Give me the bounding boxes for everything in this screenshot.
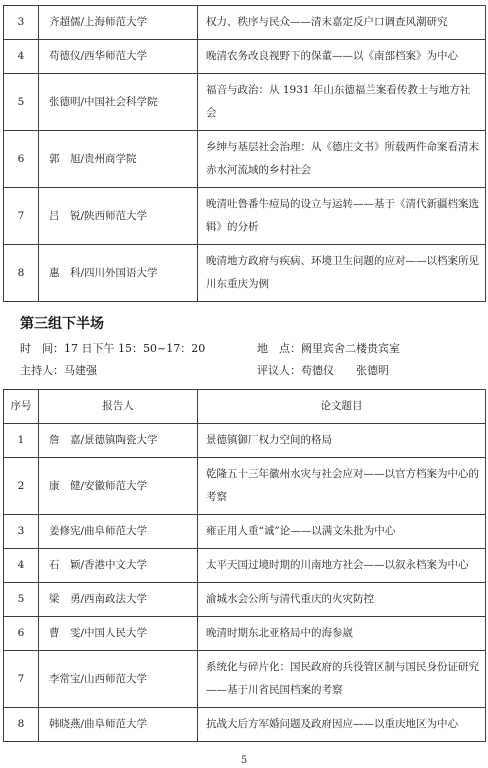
paper-title-cell: 抗战大后方军婚问题及政府因应——以重庆地区为中心 [198,708,486,742]
session-reviewers: 评议人：苟德仪 张德明 [257,360,488,382]
row-number: 6 [4,131,39,188]
paper-title-cell: 乾隆五十三年徽州水灾与社会应对——以官方档案为中心的考察 [198,458,486,515]
paper-title-cell: 景德镇御厂权力空间的格局 [198,424,486,458]
header-speaker: 报告人 [39,390,198,424]
session-place: 地 点：阙里宾舍二楼贵宾室 [257,338,488,360]
row-number: 1 [4,424,39,458]
speaker-cell: 詹 嘉/景德镇陶瓷大学 [39,424,198,458]
row-number: 3 [4,6,39,40]
place-label: 地 点： [257,342,301,355]
speaker-cell: 梁 勇/西南政法大学 [39,583,198,617]
table-row: 5 梁 勇/西南政法大学 渝城水会公所与清代重庆的火灾防控 [4,583,486,617]
speaker-cell: 曹 雯/中国人民大学 [39,617,198,651]
row-number: 8 [4,708,39,742]
speaker-cell: 韩晓燕/曲阜师范大学 [39,708,198,742]
speaker-cell: 苟德仪/西华师范大学 [39,40,198,74]
speaker-cell: 石 颖/香港中文大学 [39,549,198,583]
header-number: 序号 [4,390,39,424]
paper-title-cell: 晚清时期东北亚格局中的海参崴 [198,617,486,651]
host-reviewer-row: 主持人：马建强 评议人：苟德仪 张德明 [20,360,488,382]
table-row: 1 詹 嘉/景德镇陶瓷大学 景德镇御厂权力空间的格局 [4,424,486,458]
row-number: 4 [4,40,39,74]
table-row: 5 张德明/中国社会科学院 福音与政治：从 1931 年山东德福兰案看传教士与地… [4,74,486,131]
section-heading: 第三组下半场 [20,313,488,333]
session-time: 时 间：17 日下午 15：50~17：20 [20,338,257,360]
host-label: 主持人： [20,364,64,377]
row-number: 7 [4,651,39,708]
speaker-cell: 姜修宪/曲阜师范大学 [39,515,198,549]
session-table-second-half: 序号 报告人 论文题目 1 詹 嘉/景德镇陶瓷大学 景德镇御厂权力空间的格局 2… [3,389,486,742]
table-row: 4 苟德仪/西华师范大学 晚清农务改良视野下的保董——以《南部档案》为中心 [4,40,486,74]
table-row: 8 韩晓燕/曲阜师范大学 抗战大后方军婚问题及政府因应——以重庆地区为中心 [4,708,486,742]
table-row: 8 惠 科/四川外国语大学 晚清地方政府与疾病、环境卫生问题的应对——以档案所见… [4,245,486,302]
table-row: 7 吕 锐/陕西师范大学 晚清吐鲁番牛痘局的设立与运转——基于《清代新疆档案选辑… [4,188,486,245]
paper-title-cell: 乡绅与基层社会治理：从《德庄文书》所载两件命案看清末赤水河流域的乡村社会 [198,131,486,188]
paper-title-cell: 福音与政治：从 1931 年山东德福兰案看传教士与地方社会 [198,74,486,131]
paper-title-cell: 太平天国过境时期的川南地方社会——以叙永档案为中心 [198,549,486,583]
row-number: 5 [4,74,39,131]
row-number: 2 [4,458,39,515]
speaker-cell: 郭 旭/贵州商学院 [39,131,198,188]
row-number: 6 [4,617,39,651]
table-row: 3 姜修宪/曲阜师范大学 雍正用人重“诚”论——以满文朱批为中心 [4,515,486,549]
row-number: 5 [4,583,39,617]
table-row: 7 李常宝/山西师范大学 系统化与碎片化：国民政府的兵役管区制与国民身份证研究—… [4,651,486,708]
host-value: 马建强 [64,364,97,377]
table-row: 3 齐超儒/上海师范大学 权力、秩序与民众——清末嘉定反户口调查风潮研究 [4,6,486,40]
paper-title-cell: 雍正用人重“诚”论——以满文朱批为中心 [198,515,486,549]
speaker-cell: 吕 锐/陕西师范大学 [39,188,198,245]
row-number: 7 [4,188,39,245]
speaker-cell: 齐超儒/上海师范大学 [39,6,198,40]
session-host: 主持人：马建强 [20,360,257,382]
paper-title-cell: 权力、秩序与民众——清末嘉定反户口调查风潮研究 [198,6,486,40]
table-row: 2 康 健/安徽师范大学 乾隆五十三年徽州水灾与社会应对——以官方档案为中心的考… [4,458,486,515]
time-place-row: 时 间：17 日下午 15：50~17：20 地 点：阙里宾舍二楼贵宾室 [20,338,488,360]
table-row: 4 石 颖/香港中文大学 太平天国过境时期的川南地方社会——以叙永档案为中心 [4,549,486,583]
session-table-first-half: 3 齐超儒/上海师范大学 权力、秩序与民众——清末嘉定反户口调查风潮研究 4 苟… [3,5,486,302]
row-number: 3 [4,515,39,549]
speaker-cell: 康 健/安徽师范大学 [39,458,198,515]
reviewer-value: 苟德仪 张德明 [301,364,389,377]
document-page: 3 齐超儒/上海师范大学 权力、秩序与民众——清末嘉定反户口调查风潮研究 4 苟… [0,5,488,768]
speaker-cell: 李常宝/山西师范大学 [39,651,198,708]
paper-title-cell: 系统化与碎片化：国民政府的兵役管区制与国民身份证研究——基于川省民国档案的考察 [198,651,486,708]
place-value: 阙里宾舍二楼贵宾室 [301,342,400,355]
row-number: 4 [4,549,39,583]
time-label: 时 间： [20,342,64,355]
header-title: 论文题目 [198,390,486,424]
time-value: 17 日下午 15：50~17：20 [64,342,205,355]
page-number: 5 [0,755,488,766]
table-row: 6 曹 雯/中国人民大学 晚清时期东北亚格局中的海参崴 [4,617,486,651]
reviewer-label: 评议人： [257,364,301,377]
table-row: 6 郭 旭/贵州商学院 乡绅与基层社会治理：从《德庄文书》所载两件命案看清末赤水… [4,131,486,188]
paper-title-cell: 晚清农务改良视野下的保董——以《南部档案》为中心 [198,40,486,74]
paper-title-cell: 渝城水会公所与清代重庆的火灾防控 [198,583,486,617]
row-number: 8 [4,245,39,302]
speaker-cell: 惠 科/四川外国语大学 [39,245,198,302]
paper-title-cell: 晚清吐鲁番牛痘局的设立与运转——基于《清代新疆档案选辑》的分析 [198,188,486,245]
session-info: 时 间：17 日下午 15：50~17：20 地 点：阙里宾舍二楼贵宾室 主持人… [20,338,488,382]
paper-title-cell: 晚清地方政府与疾病、环境卫生问题的应对——以档案所见川东重庆为例 [198,245,486,302]
table-header-row: 序号 报告人 论文题目 [4,390,486,424]
speaker-cell: 张德明/中国社会科学院 [39,74,198,131]
